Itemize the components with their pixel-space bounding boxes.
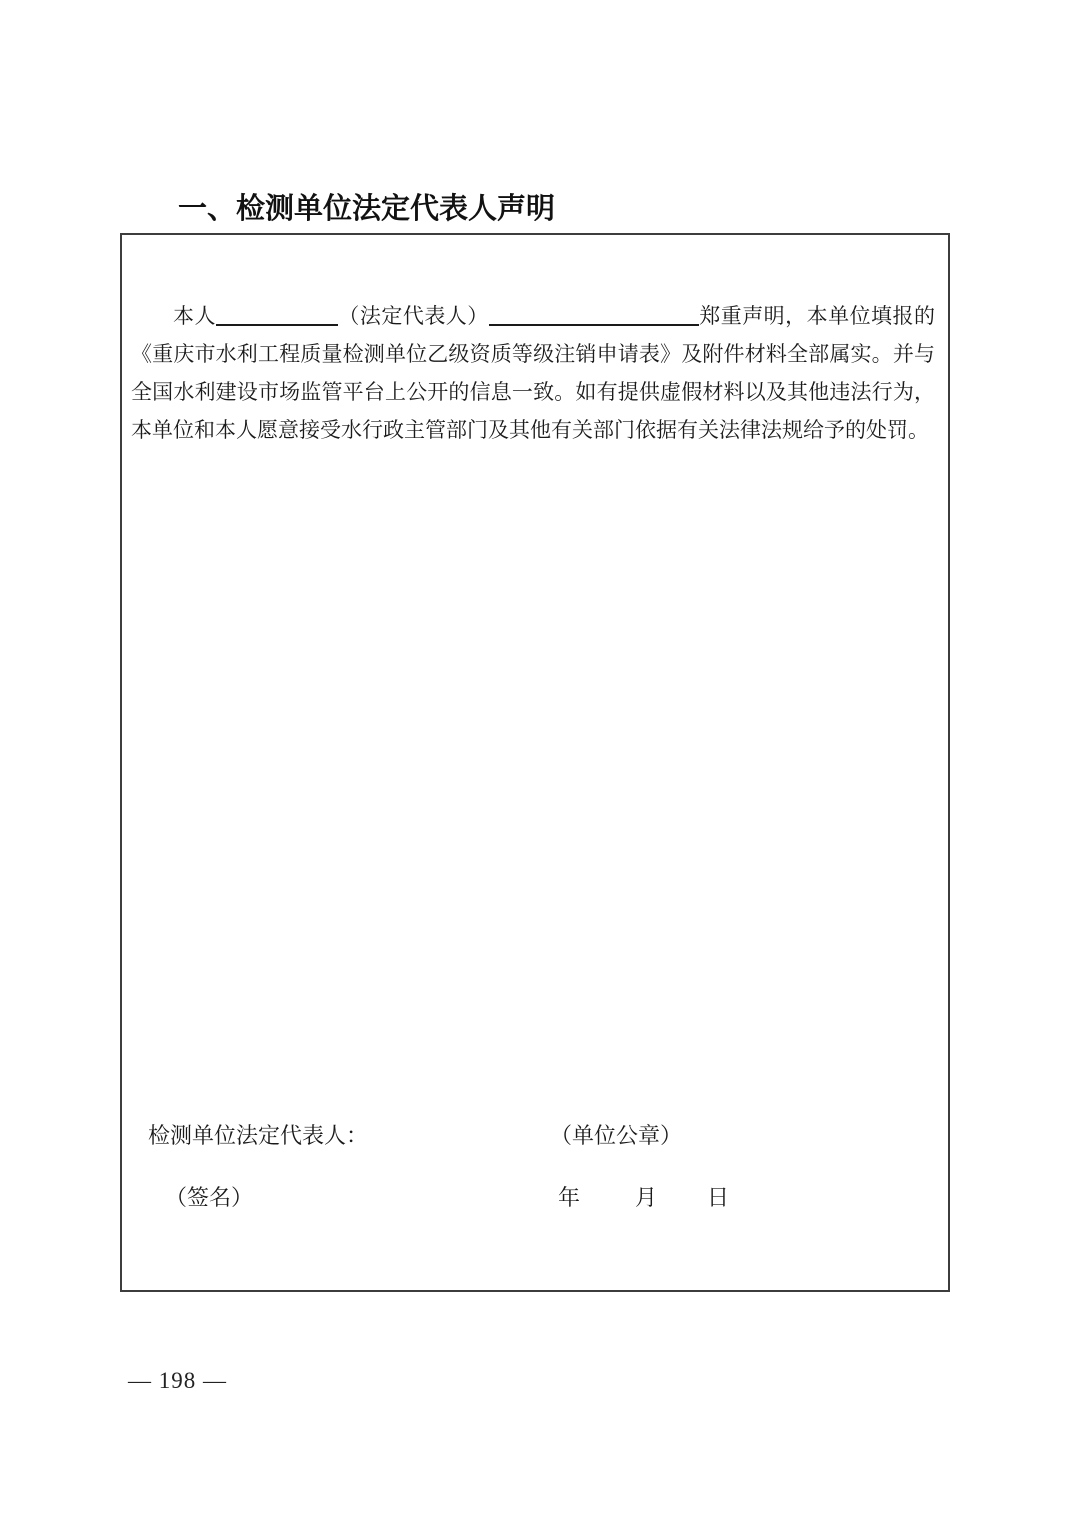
legal-rep-signature-label: 检测单位法定代表人： [148, 1121, 368, 1151]
declaration-paragraph: 本人（法定代表人）郑重声明，本单位填报的《重庆市水利工程质量检测单位乙级资质等级… [131, 297, 935, 449]
company-seal-label: （单位公章） [550, 1121, 682, 1151]
date-month-label: 月 [635, 1183, 657, 1213]
signature-name-label: （签名） [165, 1183, 253, 1213]
legal-rep-name-blank [216, 311, 338, 326]
date-day-label: 日 [707, 1183, 729, 1213]
declaration-box: 本人（法定代表人）郑重声明，本单位填报的《重庆市水利工程质量检测单位乙级资质等级… [120, 233, 950, 1292]
document-page: 一、检测单位法定代表人声明 本人（法定代表人）郑重声明，本单位填报的《重庆市水利… [0, 0, 1074, 1520]
declaration-prefix: 本人 [173, 304, 216, 328]
date-year-label: 年 [558, 1183, 580, 1213]
page-number: — 198 — [128, 1366, 227, 1396]
legal-rep-label: （法定代表人） [338, 304, 489, 328]
section-title: 一、检测单位法定代表人声明 [178, 192, 555, 226]
id-number-blank [489, 311, 699, 326]
